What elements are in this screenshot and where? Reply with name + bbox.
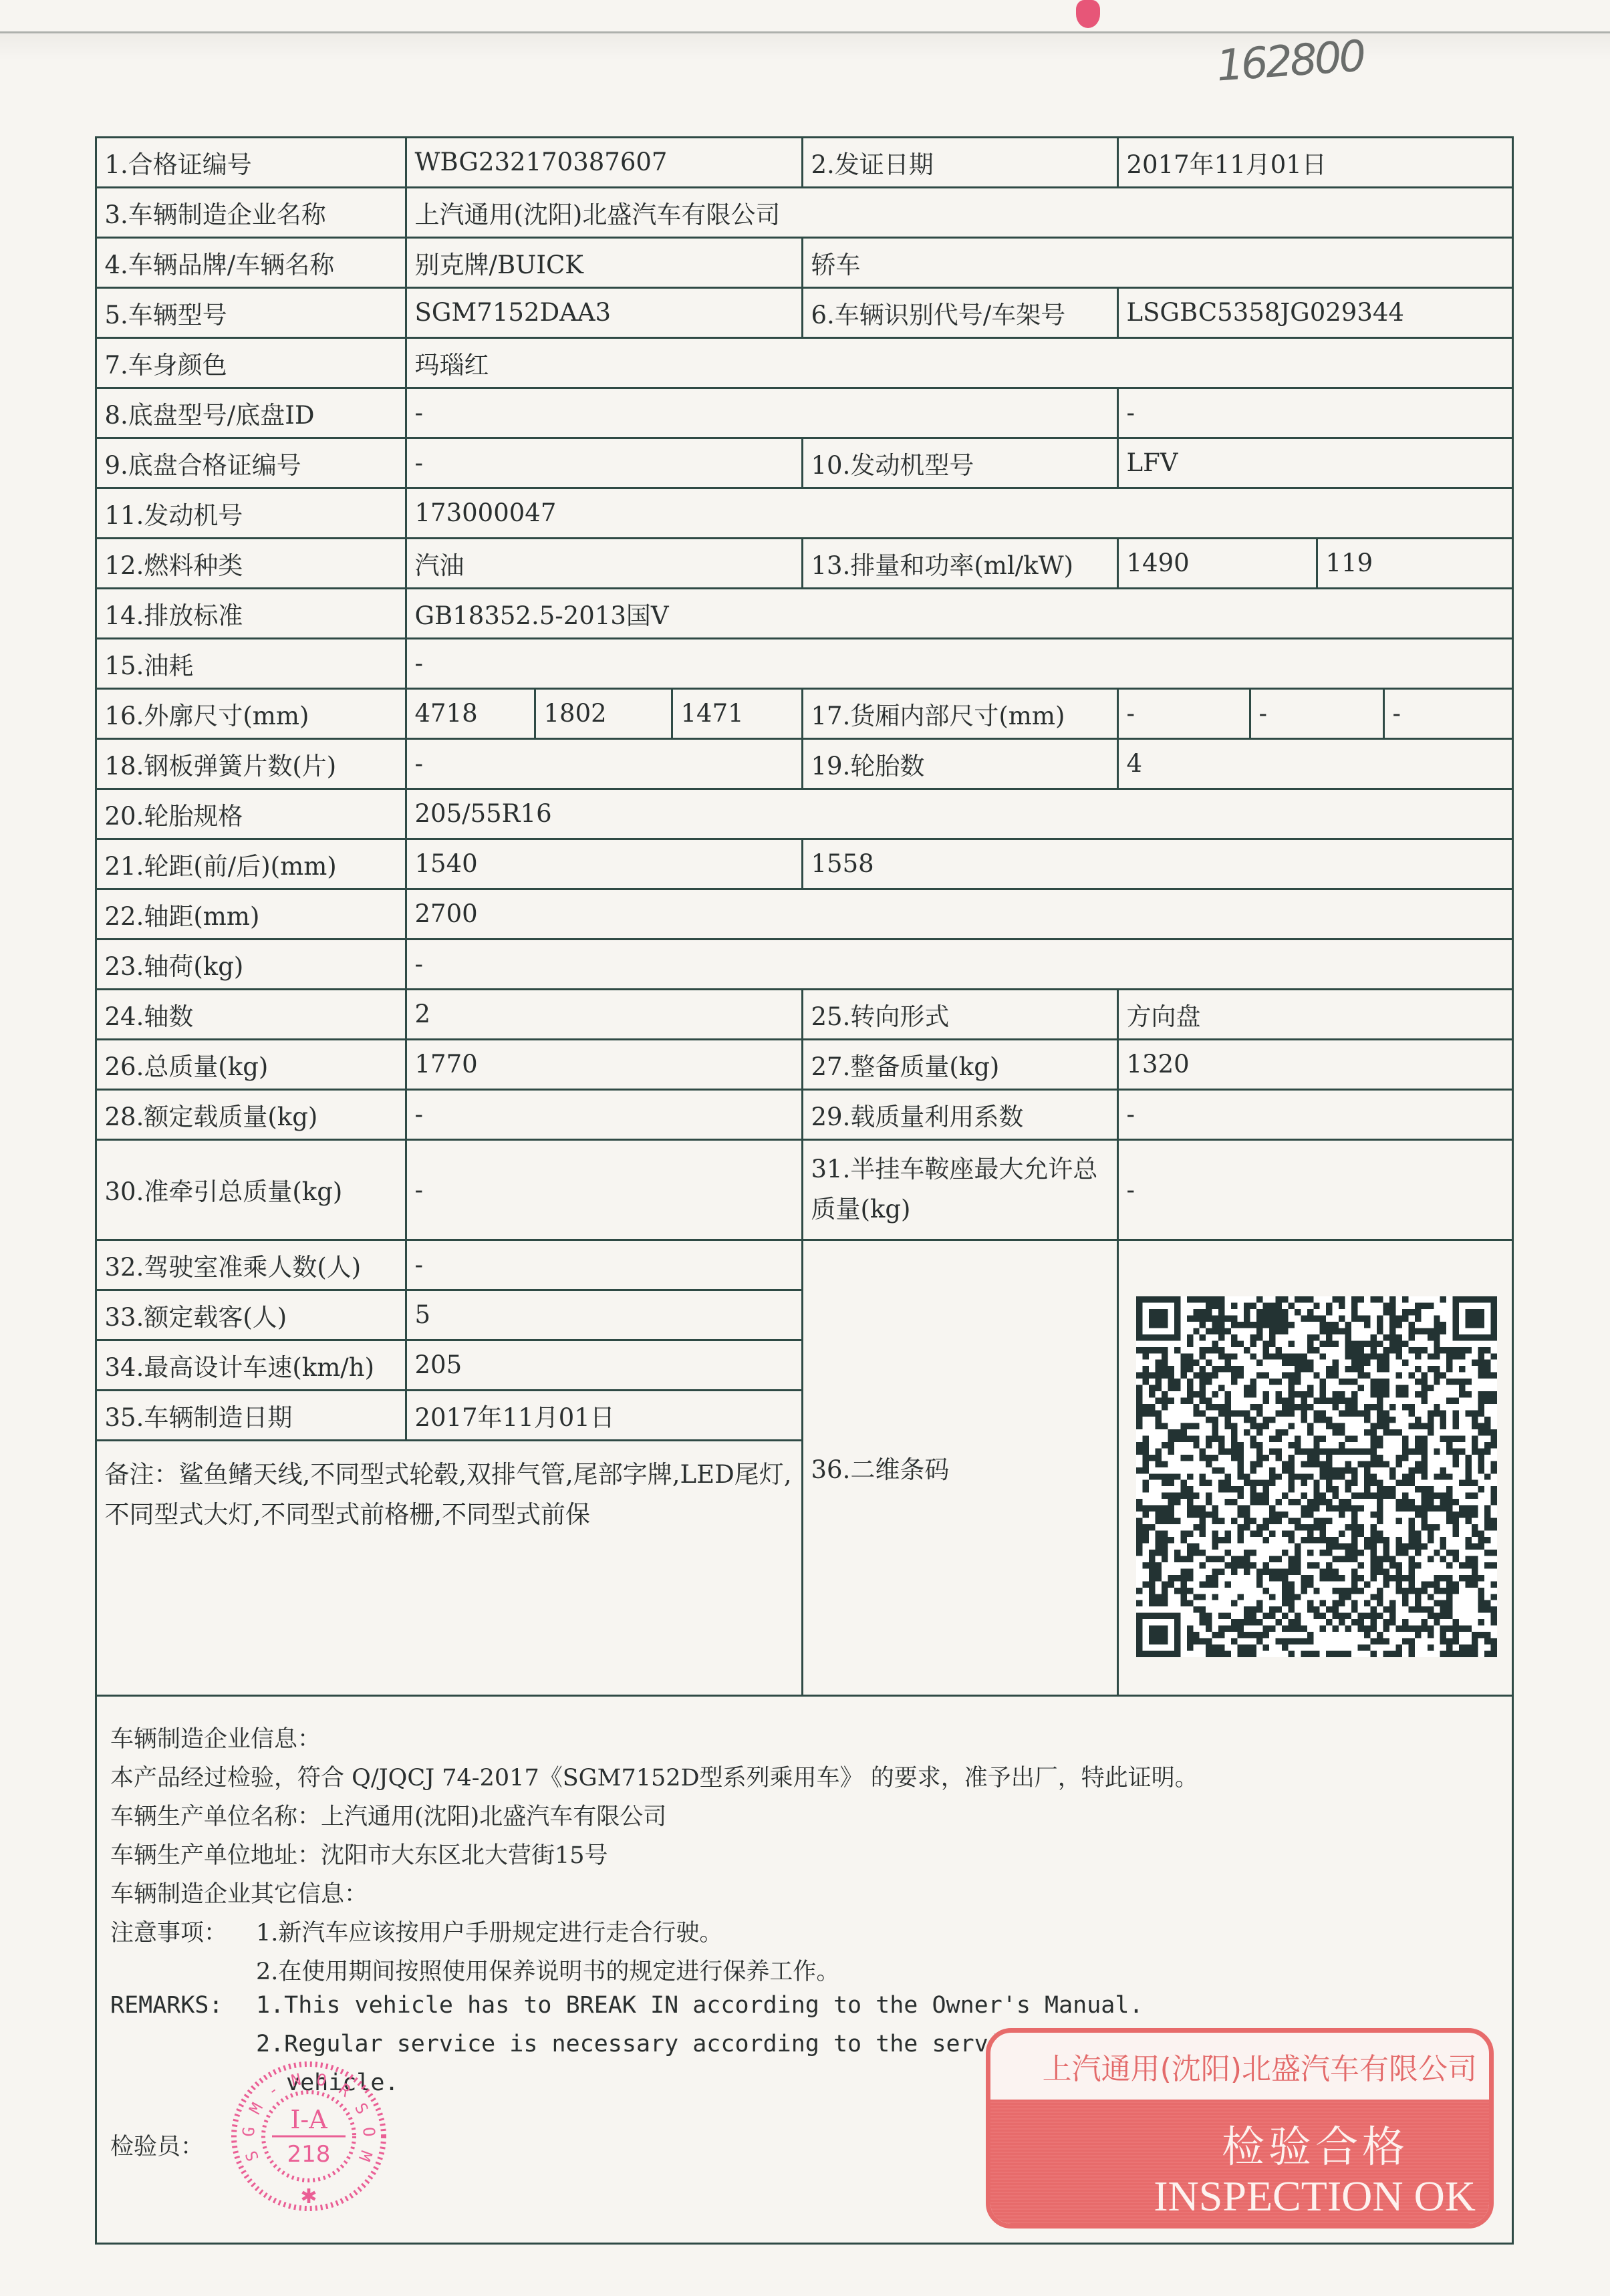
- value-rated-load: -: [405, 1089, 803, 1141]
- stamp-number: 218: [287, 2141, 331, 2168]
- value-length: 4718: [405, 688, 536, 740]
- label-wheelbase: 22.轴距(mm): [95, 888, 407, 940]
- label-chassis-model: 8.底盘型号/底盘ID: [95, 387, 407, 439]
- label-model: 5.车辆型号: [95, 287, 407, 339]
- stamp-status-cn: 检验合格: [990, 2113, 1409, 2174]
- label-cab-seats: 32.驾驶室准乘人数(人): [95, 1239, 407, 1291]
- value-emission-standard: GB18352.5-2013国Ⅴ: [405, 587, 1514, 639]
- svg-text:M: M: [245, 2100, 266, 2117]
- value-track-rear: 1558: [801, 838, 1514, 890]
- stamp-status-block: 检验合格 INSPECTION OK: [990, 2100, 1489, 2224]
- stamp-code: I-A: [290, 2105, 327, 2134]
- qr-code: [1136, 1296, 1497, 1657]
- svg-text:S: S: [351, 2100, 372, 2117]
- value-tire-spec: 205/55R16: [405, 788, 1514, 840]
- handwritten-note: 162800: [1215, 31, 1365, 91]
- value-vin: LSGBC5358JG029344: [1117, 287, 1514, 339]
- svg-text:S: S: [242, 2148, 263, 2164]
- label-tire-count: 19.轮胎数: [801, 738, 1119, 790]
- label-chassis-cert: 9.底盘合格证编号: [95, 437, 407, 489]
- value-axle-load: -: [405, 938, 1514, 990]
- svg-text:R: R: [336, 2079, 355, 2100]
- label-certificate-number: 1.合格证编号: [95, 136, 407, 188]
- value-track-front: 1540: [405, 838, 803, 890]
- label-cargo-dimensions: 17.货厢内部尺寸(mm): [801, 688, 1119, 740]
- value-passengers: 5: [405, 1289, 803, 1341]
- value-engine-model: LFV: [1117, 437, 1514, 489]
- paper-fold-shadow: [0, 33, 1610, 60]
- value-body-color: 玛瑙红: [405, 337, 1514, 389]
- value-wheelbase: 2700: [405, 888, 1514, 940]
- value-axle-count: 2: [405, 988, 803, 1040]
- producer-name: 车辆生产单位名称：上汽通用(沈阳)北盛汽车有限公司: [110, 1798, 666, 1832]
- svg-text:O: O: [315, 2070, 328, 2090]
- remarks-label: REMARKS:: [110, 1992, 223, 2019]
- value-tire-count: 4: [1117, 738, 1514, 790]
- manufacturer-info-heading: 车辆制造企业信息：: [110, 1721, 321, 1754]
- value-displacement: 1490: [1117, 537, 1318, 589]
- value-brand: 别克牌/BUICK: [405, 237, 803, 289]
- value-width: 1802: [534, 688, 673, 740]
- label-leaf-springs: 18.钢板弹簧片数(片): [95, 738, 407, 790]
- value-issue-date: 2017年11月01日: [1117, 136, 1514, 188]
- label-tire-spec: 20.轮胎规格: [95, 788, 407, 840]
- label-saddle-mass: 31.半挂车鞍座最大允许总质量(kg): [801, 1139, 1119, 1241]
- value-certificate-number: WBG232170387607: [405, 136, 803, 188]
- svg-text:O: O: [359, 2126, 378, 2138]
- remark-1: 1.This vehicle has to BREAK IN according…: [256, 1992, 1144, 2019]
- label-load-coefficient: 29.载质量利用系数: [801, 1089, 1119, 1141]
- value-cab-seats: -: [405, 1239, 803, 1291]
- label-fuel-consumption: 15.油耗: [95, 637, 407, 690]
- value-power: 119: [1316, 537, 1514, 589]
- value-towing-mass: -: [405, 1139, 803, 1241]
- producer-address: 车辆生产单位地址：沈阳市大东区北大营街15号: [110, 1837, 608, 1870]
- label-displacement-power: 13.排量和功率(ml/kW): [801, 537, 1119, 589]
- inspector-stamp: SGM-NORSOM I-A 218 ✱: [231, 2061, 388, 2212]
- compliance-statement: 本产品经过检验，符合 Q/JQCJ 74-2017《SGM7152D型系列乘用车…: [110, 1759, 1198, 1793]
- notes-label: 注意事项：: [110, 1914, 227, 1948]
- value-fuel-consumption: -: [405, 637, 1514, 690]
- label-engine-model: 10.发动机型号: [801, 437, 1119, 489]
- svg-text:-: -: [263, 2079, 282, 2100]
- value-engine-number: 173000047: [405, 487, 1514, 539]
- inspection-ok-stamp: 上汽通用(沈阳)北盛汽车有限公司 检验合格 INSPECTION OK: [986, 2028, 1494, 2229]
- label-passengers: 33.额定载客(人): [95, 1289, 407, 1341]
- svg-text:✱: ✱: [300, 2185, 317, 2208]
- stamp-status-en: INSPECTION OK: [990, 2172, 1476, 2221]
- label-brand-name: 4.车辆品牌/车辆名称: [95, 237, 407, 289]
- value-manufacturer: 上汽通用(沈阳)北盛汽车有限公司: [405, 186, 1514, 239]
- value-cargo-length: -: [1117, 688, 1251, 740]
- value-chassis-model: -: [405, 387, 1119, 439]
- inspector-label: 检验员：: [110, 2128, 204, 2162]
- label-body-color: 7.车身颜色: [95, 337, 407, 389]
- label-gross-mass: 26.总质量(kg): [95, 1038, 407, 1091]
- value-fuel-type: 汽油: [405, 537, 803, 589]
- label-track: 21.轮距(前/后)(mm): [95, 838, 407, 890]
- value-curb-mass: 1320: [1117, 1038, 1514, 1091]
- remarks-cell: 备注：鲨鱼鳍天线,不同型式轮毂,双排气管,尾部字牌,LED尾灯,不同型式大灯,不…: [95, 1439, 803, 1697]
- value-cargo-height: -: [1383, 688, 1514, 740]
- value-vehicle-name: 轿车: [801, 237, 1514, 289]
- label-dimensions: 16.外廓尺寸(mm): [95, 688, 407, 740]
- value-saddle-mass: -: [1117, 1139, 1514, 1241]
- value-max-speed: 205: [405, 1339, 803, 1391]
- note-1: 1.新汽车应该按用户手册规定进行走合行驶。: [256, 1914, 722, 1948]
- red-ink-mark: [1076, 0, 1100, 28]
- label-curb-mass: 27.整备质量(kg): [801, 1038, 1119, 1091]
- value-chassis-id: -: [1117, 387, 1514, 439]
- label-steering: 25.转向形式: [801, 988, 1119, 1040]
- value-manufacture-date: 2017年11月01日: [405, 1389, 803, 1441]
- svg-text:M: M: [355, 2148, 376, 2164]
- label-issue-date: 2.发证日期: [801, 136, 1119, 188]
- label-max-speed: 34.最高设计车速(km/h): [95, 1339, 407, 1391]
- other-info: 车辆制造企业其它信息：: [110, 1876, 368, 1909]
- label-fuel-type: 12.燃料种类: [95, 537, 407, 589]
- label-engine-number: 11.发动机号: [95, 487, 407, 539]
- label-vin: 6.车辆识别代号/车架号: [801, 287, 1119, 339]
- label-towing-mass: 30.准牵引总质量(kg): [95, 1139, 407, 1241]
- stamp-company: 上汽通用(沈阳)北盛汽车有限公司: [990, 2033, 1489, 2100]
- value-cargo-width: -: [1249, 688, 1385, 740]
- value-chassis-cert: -: [405, 437, 803, 489]
- svg-text:G: G: [239, 2126, 259, 2138]
- note-2: 2.在使用期间按照使用保养说明书的规定进行保养工作。: [256, 1953, 839, 1987]
- label-manufacture-date: 35.车辆制造日期: [95, 1389, 407, 1441]
- value-leaf-springs: -: [405, 738, 803, 790]
- value-steering: 方向盘: [1117, 988, 1514, 1040]
- label-axle-load: 23.轴荷(kg): [95, 938, 407, 990]
- value-gross-mass: 1770: [405, 1038, 803, 1091]
- svg-text:N: N: [289, 2070, 303, 2090]
- label-axle-count: 24.轴数: [95, 988, 407, 1040]
- value-height: 1471: [671, 688, 803, 740]
- value-model: SGM7152DAA3: [405, 287, 803, 339]
- label-rated-load: 28.额定载质量(kg): [95, 1089, 407, 1141]
- label-emission-standard: 14.排放标准: [95, 587, 407, 639]
- label-manufacturer: 3.车辆制造企业名称: [95, 186, 407, 239]
- value-load-coefficient: -: [1117, 1089, 1514, 1141]
- label-qr-code: 36.二维条码: [801, 1239, 1119, 1697]
